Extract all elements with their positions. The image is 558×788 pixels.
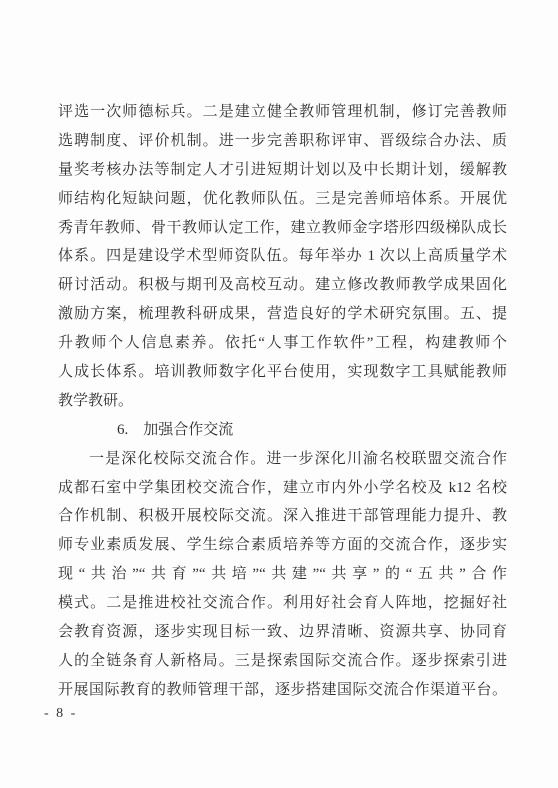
text-line: 升教师个人信息素养。依托“人事工作软件”工程，构建教师个 [58, 329, 507, 358]
page-number: - 8 - [44, 704, 77, 724]
text-line: 秀青年教师、骨干教师认定工作，建立教师金字塔形四级梯队成长 [58, 214, 507, 243]
text-line: 教学教研。 [58, 387, 507, 416]
text-line: 6. 加强合作交流 [58, 416, 507, 445]
text-line: 人的全链条育人新格局。三是探索国际交流合作。逐步探索引进 [58, 647, 507, 676]
text-line: 开展国际教育的教师管理干部，逐步搭建国际交流合作渠道平台。 [58, 676, 507, 705]
text-line: 现“共治”“共育”“共培”“共建”“共享”的“五共”合作 [58, 560, 507, 589]
text-line: 模式。二是推进校社交流合作。利用好社会育人阵地，挖掘好社 [58, 589, 507, 618]
text-line: 研讨活动。积极与期刊及高校互动。建立修改教师教学成果固化 [58, 271, 507, 300]
text-line: 师结构化短缺问题，优化教师队伍。三是完善师培体系。开展优 [58, 185, 507, 214]
text-line: 选聘制度、评价机制。进一步完善职称评审、晋级综合办法、质 [58, 127, 507, 156]
text-line: 量奖考核办法等制定人才引进短期计划以及中长期计划，缓解教 [58, 156, 507, 185]
text-line: 评选一次师德标兵。二是建立健全教师管理机制，修订完善教师 [58, 98, 507, 127]
text-line: 成都石室中学集团校交流合作，建立市内外小学名校及 k12 名校 [58, 474, 507, 503]
document-page: 评选一次师德标兵。二是建立健全教师管理机制，修订完善教师选聘制度、评价机制。进一… [0, 0, 558, 788]
text-line: 激励方案，梳理教科研成果，营造良好的学术研究氛围。五、提 [58, 300, 507, 329]
text-line: 体系。四是建设学术型师资队伍。每年举办 1 次以上高质量学术 [58, 242, 507, 271]
text-line: 一是深化校际交流合作。进一步深化川渝名校联盟交流合作 [58, 445, 507, 474]
text-line: 师专业素质发展、学生综合素质培养等方面的交流合作，逐步实 [58, 531, 507, 560]
text-line: 会教育资源，逐步实现目标一致、边界清晰、资源共享、协同育 [58, 618, 507, 647]
text-line: 人成长体系。培训教师数字化平台使用，实现数字工具赋能教师 [58, 358, 507, 387]
text-line: 合作机制、积极开展校际交流。深入推进干部管理能力提升、教 [58, 502, 507, 531]
body-text: 评选一次师德标兵。二是建立健全教师管理机制，修订完善教师选聘制度、评价机制。进一… [58, 98, 507, 705]
